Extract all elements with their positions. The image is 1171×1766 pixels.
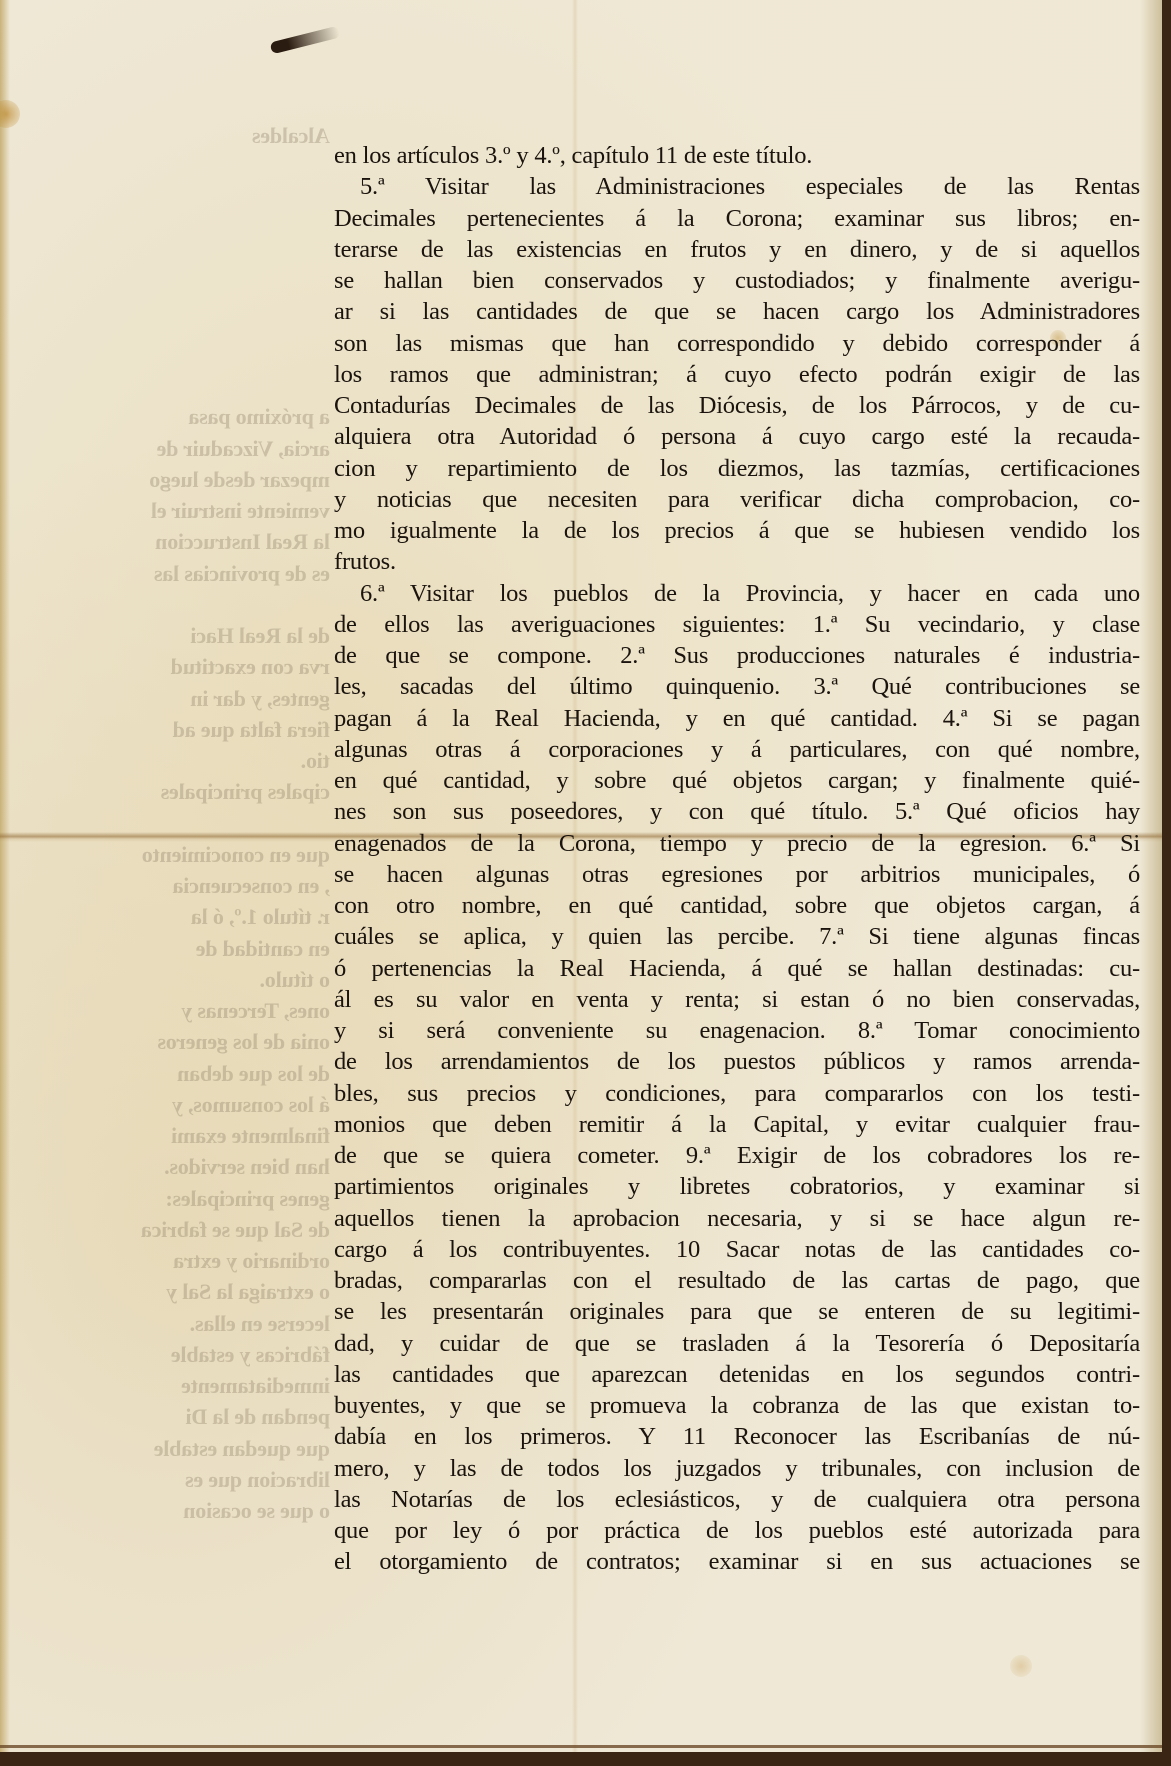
bleed-line: ordinario y extra: [70, 1245, 330, 1276]
bleed-line: rva con exactitud: [70, 651, 330, 682]
text-line: partimientos originales y libretes cobra…: [334, 1171, 1140, 1202]
text-line: buyentes, y que se promueva la cobranza …: [334, 1390, 1140, 1421]
bleed-line: o que se ocasion: [70, 1495, 330, 1526]
text-line: alquiera otra Autoridad ó persona á cuyo…: [334, 421, 1140, 452]
bleed-line: r. título 1.º, ó la: [70, 901, 330, 932]
stain-left-margin: [0, 100, 20, 128]
text-line: 6.ª Visitar los pueblos de la Provincia,…: [334, 578, 1140, 609]
page-bottom-edge: [0, 1745, 1162, 1748]
bleed-line: [70, 308, 330, 339]
bleed-line: pendan de la Di: [70, 1401, 330, 1432]
stain-bottom-right: [1010, 1655, 1032, 1677]
text-line: monios que deben remitir á la Capital, y…: [334, 1109, 1140, 1140]
bleed-line: [70, 245, 330, 276]
bleed-line: fiera falta que ad: [70, 714, 330, 745]
text-line: con otro nombre, en qué cantidad, sobre …: [334, 890, 1140, 921]
bleed-line: libracion que es: [70, 1464, 330, 1495]
text-line: de que se quiera cometer. 9.ª Exigir de …: [334, 1140, 1140, 1171]
bleed-through-text: Alcaldes a próximo pasa arcia, Vizcaduir…: [70, 120, 330, 1526]
text-line: el otorgamiento de contratos; examinar s…: [334, 1546, 1140, 1577]
bleed-line: [70, 276, 330, 307]
page-right-edge: [1140, 0, 1162, 1752]
bleed-line: o título.: [70, 964, 330, 995]
text-line: Contadurías Decimales de las Diócesis, d…: [334, 390, 1140, 421]
bleed-line: o extraiga la Sal y: [70, 1276, 330, 1307]
bleed-line: vemiente instruir el: [70, 495, 330, 526]
text-line: mo igualmente la de los precios á que se…: [334, 515, 1140, 546]
bleed-line: [70, 808, 330, 839]
bleed-line: de Sal que se fabrica: [70, 1214, 330, 1245]
bleed-line: genes principales:: [70, 1183, 330, 1214]
text-line: se hacen algunas otras egresiones por ar…: [334, 859, 1140, 890]
bleed-line: [70, 339, 330, 370]
body-text: en los artículos 3.º y 4.º, capítulo 11 …: [334, 140, 1140, 1578]
bleed-line: gentes, y dar in: [70, 683, 330, 714]
text-line: algunas otras á corporaciones y á partic…: [334, 734, 1140, 765]
text-line: les, sacadas del último quinquenio. 3.ª …: [334, 671, 1140, 702]
bleed-line: es de provincias las: [70, 558, 330, 589]
text-line: ál es su valor en venta y renta; si esta…: [334, 984, 1140, 1015]
ink-smudge-mark: [270, 26, 341, 55]
text-line: nes son sus poseedores, y con qué título…: [334, 796, 1140, 827]
bleed-line: finalmente exami: [70, 1120, 330, 1151]
bleed-line: [70, 183, 330, 214]
text-line: cargo á los contribuyentes. 10 Sacar not…: [334, 1234, 1140, 1265]
text-line: de ellos las averiguaciones siguientes: …: [334, 609, 1140, 640]
text-line: bles, sus precios y condiciones, para co…: [334, 1078, 1140, 1109]
bleed-line: [70, 151, 330, 182]
document-page: Alcaldes a próximo pasa arcia, Vizcaduir…: [0, 0, 1162, 1752]
bleed-line: , en consecuencia: [70, 870, 330, 901]
text-line: ar si las cantidades de que se hacen car…: [334, 296, 1140, 327]
text-line: son las mismas que han correspondido y d…: [334, 328, 1140, 359]
bleed-line: [70, 214, 330, 245]
bleed-line: en cantidad de: [70, 933, 330, 964]
text-line: se hallan bien conservados y custodiados…: [334, 265, 1140, 296]
text-line: ó pertenencias la Real Hacienda, á qué s…: [334, 953, 1140, 984]
bleed-line: han bien servidos.: [70, 1151, 330, 1182]
bleed-line: Alcaldes: [70, 120, 330, 151]
bleed-line: [70, 370, 330, 401]
text-line: cuáles se aplica, y quien las percibe. 7…: [334, 921, 1140, 952]
bleed-line: inmediatamente: [70, 1370, 330, 1401]
text-line: de que se compone. 2.ª Sus producciones …: [334, 640, 1140, 671]
bleed-line: que en conocimiento: [70, 839, 330, 870]
bleed-line: de la Real Haci: [70, 620, 330, 651]
text-line: 5.ª Visitar las Administraciones especia…: [334, 171, 1140, 202]
text-line: enagenados de la Corona, tiempo y precio…: [334, 828, 1140, 859]
text-line: en qué cantidad, y sobre qué objetos car…: [334, 765, 1140, 796]
text-line: en los artículos 3.º y 4.º, capítulo 11 …: [334, 140, 1140, 171]
text-line: aquellos tienen la aprobacion necesaria,…: [334, 1203, 1140, 1234]
bleed-line: arcia, Vizcaduir de: [70, 433, 330, 464]
text-line: de los arrendamientos de los puestos púb…: [334, 1046, 1140, 1077]
text-line: frutos.: [334, 546, 1140, 577]
bleed-line: de los que deban: [70, 1058, 330, 1089]
text-line: cion y repartimiento de los diezmos, las…: [334, 453, 1140, 484]
page-left-edge: [0, 0, 10, 1752]
text-line: terarse de las existencias en frutos y e…: [334, 234, 1140, 265]
text-line: dabía en los primeros. Y 11 Reconocer la…: [334, 1421, 1140, 1452]
bleed-line: lecerse en ellas.: [70, 1308, 330, 1339]
bleed-line: á los consumos, y: [70, 1089, 330, 1120]
bleed-line: onia de los generos: [70, 1026, 330, 1057]
text-line: y noticias que necesiten para verificar …: [334, 484, 1140, 515]
text-line: pagan á la Real Hacienda, y en qué canti…: [334, 703, 1140, 734]
bleed-line: mpezar desde luego: [70, 464, 330, 495]
bleed-line: cipales principales: [70, 776, 330, 807]
bleed-line: a próximo pasa: [70, 401, 330, 432]
text-line: las cantidades que aparezcan detenidas e…: [334, 1359, 1140, 1390]
text-line: las Notarías de los eclesiásticos, y de …: [334, 1484, 1140, 1515]
text-line: que por ley ó por práctica de los pueblo…: [334, 1515, 1140, 1546]
text-line: bradas, compararlas con el resultado de …: [334, 1265, 1140, 1296]
bleed-line: ones, Tercenas y: [70, 995, 330, 1026]
text-line: los ramos que administran; á cuyo efecto…: [334, 359, 1140, 390]
bleed-line: que quedan estable: [70, 1433, 330, 1464]
text-line: mero, y las de todos los juzgados y trib…: [334, 1453, 1140, 1484]
text-line: dad, y cuidar de que se trasladen á la T…: [334, 1328, 1140, 1359]
text-line: se les presentarán originales para que s…: [334, 1296, 1140, 1327]
bleed-line: fábricas y estable: [70, 1339, 330, 1370]
bleed-line: tio.: [70, 745, 330, 776]
text-line: Decimales pertenecientes á la Corona; ex…: [334, 203, 1140, 234]
bleed-line: la Real Instruccion: [70, 526, 330, 557]
bleed-line: [70, 589, 330, 620]
text-line: y si será conveniente su enagenacion. 8.…: [334, 1015, 1140, 1046]
